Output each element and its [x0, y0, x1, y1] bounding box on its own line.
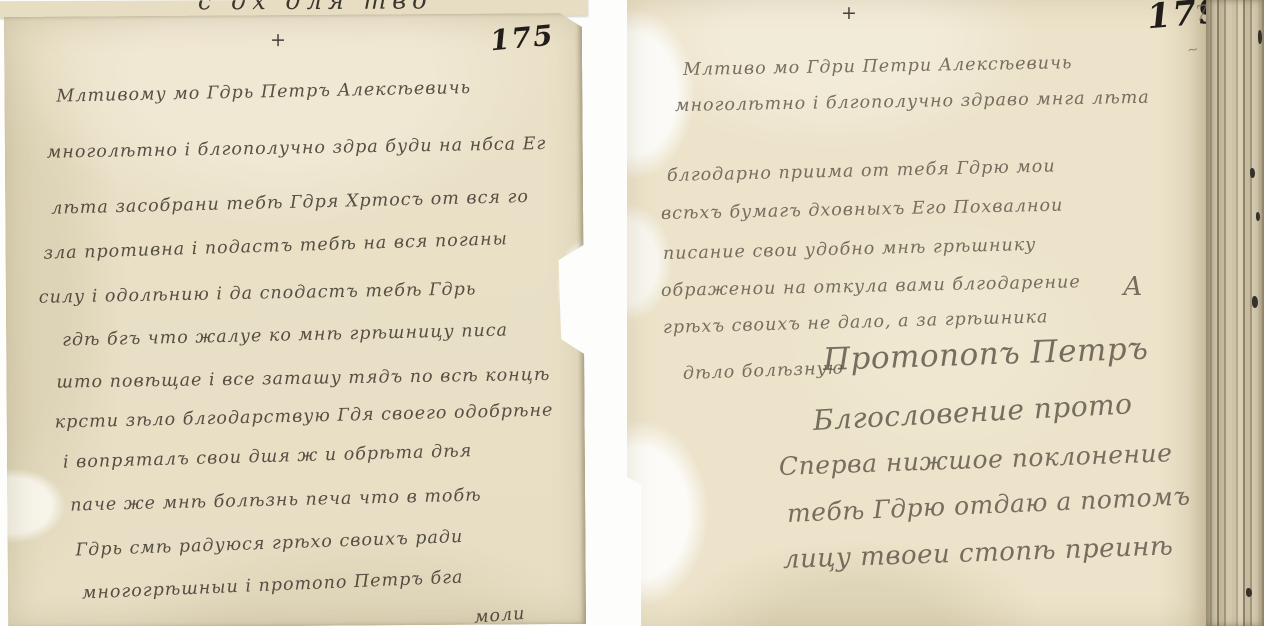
pen-flourish: ~	[1186, 41, 1200, 59]
signature-line: тебѣ Гдрю отдаю а потомъ	[786, 481, 1191, 528]
manuscript-line: блгодарно приима от тебя Гдрю мои	[667, 157, 1056, 186]
manuscript-line: што повѣщае і все заташу тядъ по всѣ кон…	[56, 365, 550, 393]
fore-edge-speck	[1250, 168, 1255, 178]
fore-edge-speck	[1258, 30, 1262, 44]
cross-icon: +	[270, 29, 286, 51]
manuscript-line: ображенои на откула вами блгодарение	[661, 272, 1081, 301]
manuscript-line: писание свои удобно мнѣ грѣшнику	[663, 235, 1037, 264]
manuscript-line: грѣхъ своихъ не дало, а за грѣшника	[663, 307, 1049, 338]
book-fore-edge	[1206, 0, 1264, 626]
manuscript-line: Млтивому мо Гдрь Петръ Алексѣевичь	[56, 78, 471, 107]
manuscript-line-partial: моли	[473, 604, 526, 626]
manuscript-line: многогрѣшныи і протопо Петръ бга	[81, 568, 463, 604]
manuscript-scan: с дх для тво + 175 Млтивому мо Гдрь Петр…	[0, 0, 1264, 626]
manuscript-line: многолѣтно і блгополучно здра буди на нб…	[47, 134, 547, 163]
signature-name: Протопопъ Петръ	[822, 331, 1149, 378]
signature-line: лицу твоеи стопѣ преинѣ	[782, 531, 1173, 575]
left-page: + 175 Млтивому мо Гдрь Петръ Алексѣевичь…	[4, 13, 586, 626]
manuscript-line: многолѣтно і блгополучно здраво мнга лѣт…	[675, 88, 1150, 116]
fore-edge-speck	[1256, 212, 1260, 221]
fore-edge-speck	[1252, 296, 1258, 308]
marginal-letter: А	[1123, 272, 1144, 302]
left-page-number: 175	[489, 18, 556, 57]
right-page: + 179 79 ~ Млтиво мо Гдри Петри Алексѣев…	[627, 0, 1206, 626]
manuscript-line: лѣта засобрани тебѣ Гдря Хртосъ от вся г…	[51, 187, 529, 219]
manuscript-line: зла противна і подастъ тебѣ на вся поган…	[43, 229, 508, 264]
signature-line: Сперва нижшое поклонение	[778, 438, 1172, 481]
signature-line: Блгословение прото	[812, 387, 1133, 437]
manuscript-line: крсти зѣло блгодарствую Гдя своего одобр…	[54, 400, 553, 432]
manuscript-line: Гдрь смѣ радуюся грѣхо своихъ ради	[75, 527, 463, 561]
manuscript-line: і вопряталъ свои дшя ж и обрѣта дѣя	[63, 441, 473, 472]
previous-page-text: с дх для тво	[198, 0, 433, 15]
manuscript-line: гдѣ бгъ что жалуе ко мнѣ грѣшницу писа	[62, 321, 508, 351]
signature-prefix: дѣло болѣзную	[683, 358, 845, 384]
cross-icon: +	[841, 2, 857, 24]
manuscript-line: силу і одолѣнию і да сподастъ тебѣ Гдрь	[39, 279, 477, 307]
manuscript-line: Млтиво мо Гдри Петри Алексѣевичь	[683, 53, 1073, 80]
manuscript-line: паче же мнѣ болѣзнь печа что в тобѣ	[70, 486, 482, 516]
manuscript-line: всѣхъ бумагъ дховныхъ Его Похвалнои	[661, 196, 1064, 224]
fore-edge-speck	[1246, 588, 1252, 597]
